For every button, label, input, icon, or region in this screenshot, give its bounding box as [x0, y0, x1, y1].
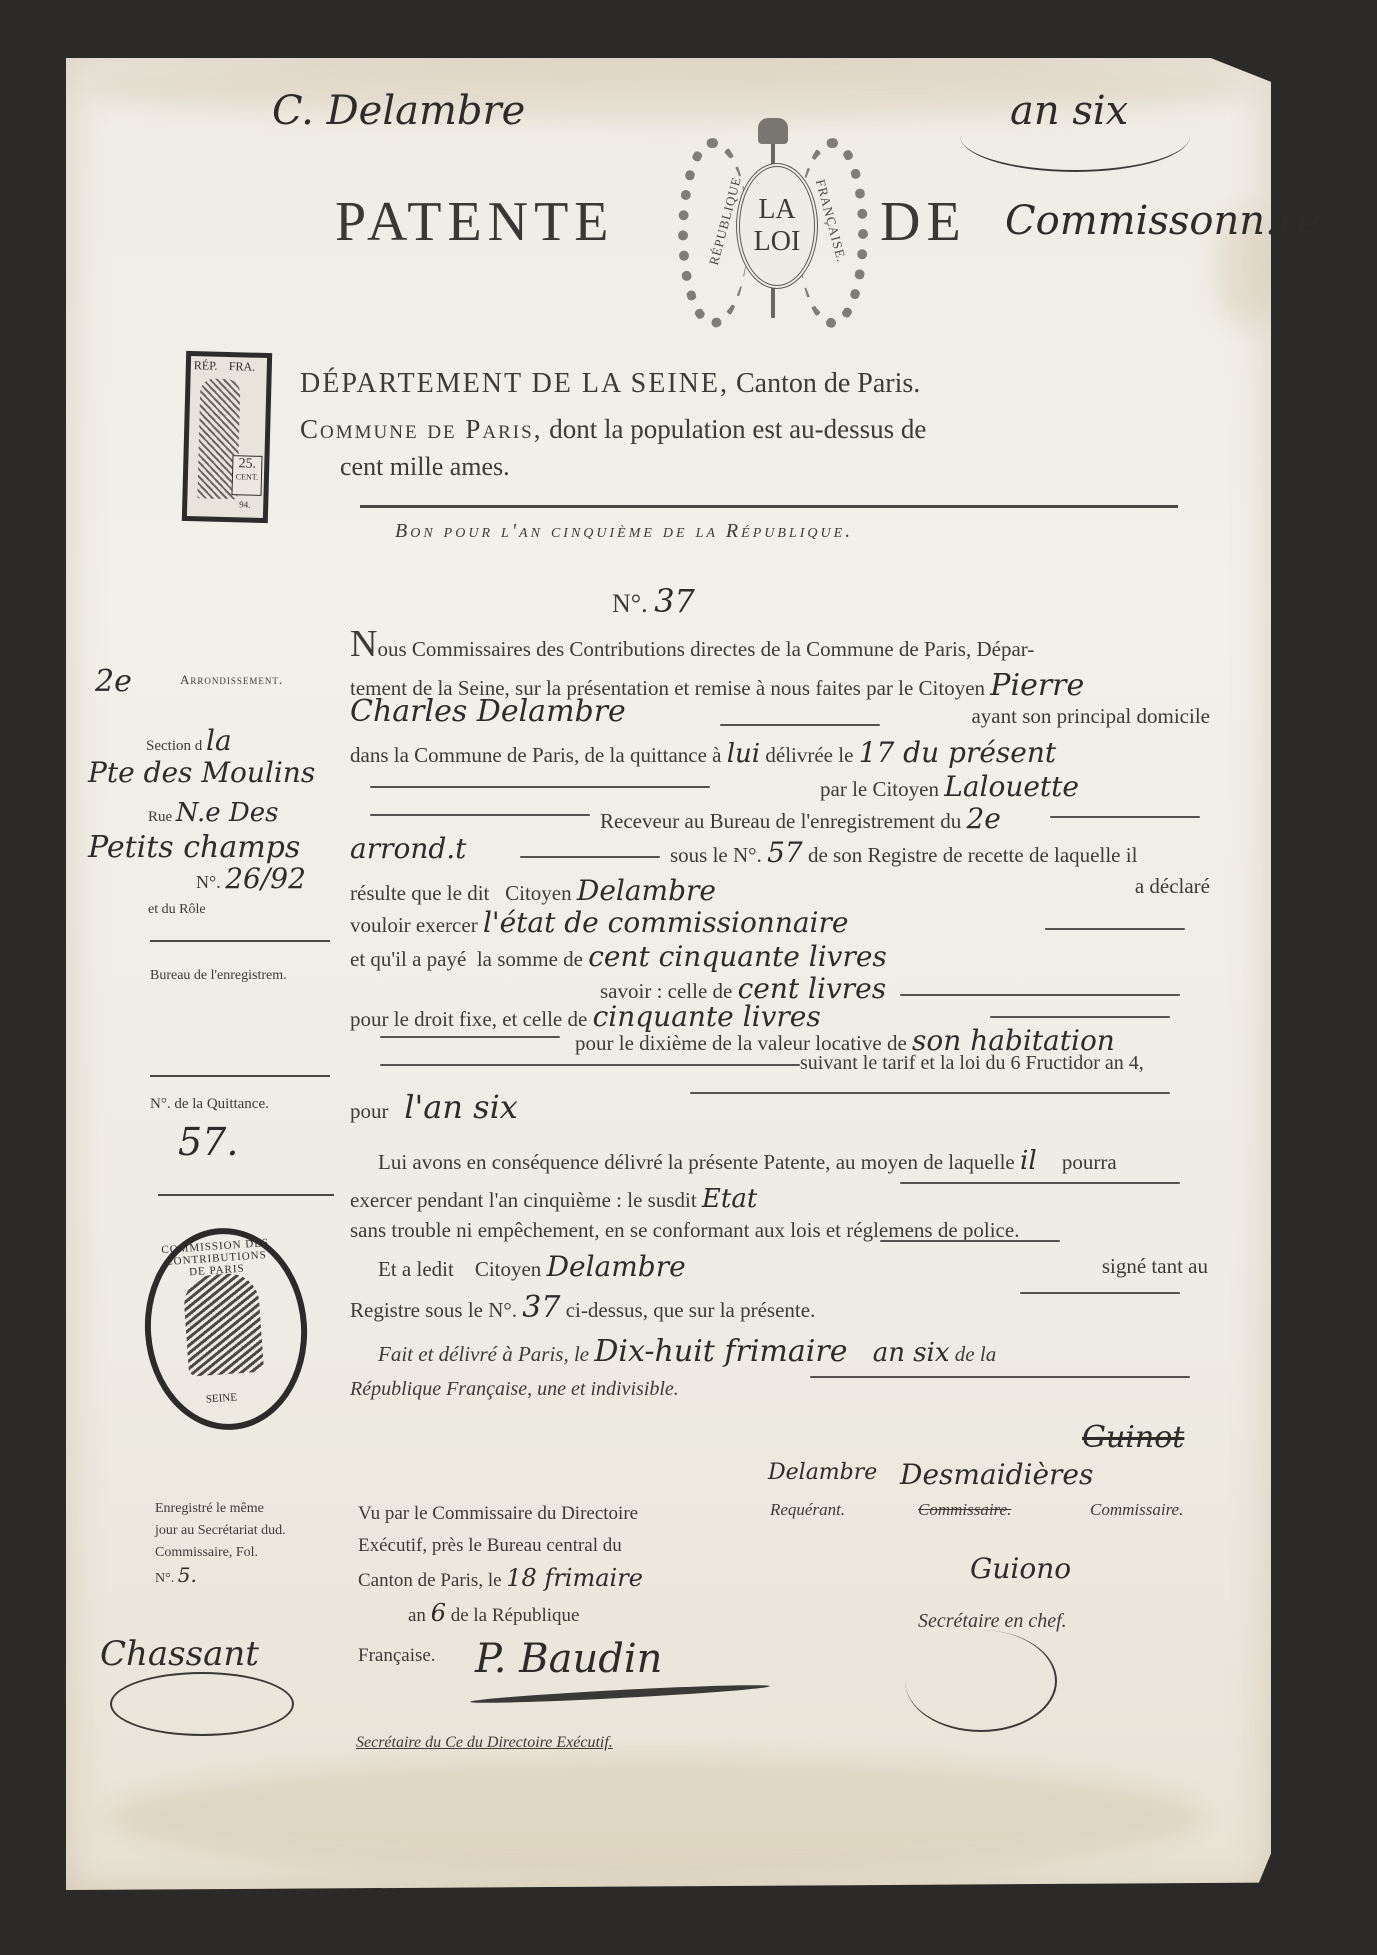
blank-line	[720, 724, 880, 726]
phrygian-cap-icon	[758, 118, 788, 144]
blank-line	[1020, 1292, 1180, 1294]
body-line-7b: sous le N°. 57 de son Registre de recett…	[670, 836, 1137, 869]
issue-date: Dix-huit frimaire	[594, 1334, 847, 1369]
occupation: l'état de commissionnaire	[483, 906, 849, 939]
quittance-value: 57.	[178, 1120, 238, 1164]
commissaire2-signature: Guinot	[1082, 1420, 1184, 1455]
valid-for-line: Bon pour l'an cinquième de la République…	[395, 520, 853, 543]
stamp-value: 25. CENT.	[231, 455, 262, 496]
title-hand-commissionnaire: Commissonn.re	[1005, 198, 1321, 244]
seated-figure-icon	[182, 1272, 264, 1377]
blank-line	[690, 1092, 1170, 1094]
citizen-name: Charles Delambre	[350, 694, 626, 729]
blank-line	[900, 994, 1180, 996]
issued-line-1: Fait et délivré à Paris, le Dix-huit fri…	[378, 1334, 996, 1369]
body-line-14: suivant le tarif et la loi du 6 Fructido…	[800, 1052, 1144, 1075]
commune-name: Commune de Paris,	[300, 414, 542, 444]
commissaire1-label: Commissaire.	[918, 1500, 1011, 1520]
blank-line	[880, 1240, 1060, 1242]
blank-line	[380, 1064, 800, 1066]
blank-line	[810, 1376, 1190, 1378]
p2-line-1: Lui avons en conséquence délivré la prés…	[378, 1146, 1117, 1176]
population-line2: cent mille ames.	[340, 452, 510, 482]
number-label: N°.	[612, 589, 648, 618]
enregistre-block: Enregistré le même jour au Secrétariat d…	[155, 1498, 286, 1590]
blank-line	[1045, 928, 1185, 930]
divider	[360, 505, 1178, 508]
hand-name-top: C. Delambre	[272, 88, 525, 134]
body-line-1: Nous Commissaires des Contributions dire…	[350, 622, 1034, 666]
section-label: Section d la	[146, 724, 232, 757]
canton-name: Canton de Paris.	[736, 368, 920, 399]
body-line-10: et qu'il a payé la somme de cent cinquan…	[350, 940, 887, 973]
section-value-2: Pte des Moulins	[88, 756, 315, 789]
year-flourish	[960, 100, 1190, 172]
emblem-text-loi: LOI	[754, 226, 801, 258]
rue-value-2: Petits champs	[88, 830, 300, 865]
p3-line-1: Et a ledit Citoyen Delambre signé tant a…	[378, 1250, 1208, 1283]
commissaire2-label: Commissaire.	[1090, 1500, 1183, 1520]
commune-line: Commune de Paris, dont la population est…	[300, 414, 926, 445]
title-patente: PATENTE	[335, 190, 615, 254]
tax-stamp: RÉP. FRA. 25. CENT. 94.	[182, 351, 272, 523]
blank-line	[1050, 816, 1200, 818]
amount-total: cent cinquante livres	[588, 940, 887, 973]
seal-bottom-text: SEINE	[205, 1391, 237, 1405]
house-number-value: 26/92	[225, 862, 306, 895]
blank-line	[380, 1036, 560, 1038]
blank-line	[370, 786, 710, 788]
left-signature-flourish	[110, 1672, 294, 1736]
bureau-blank	[150, 1075, 330, 1077]
stamp-fra: FRA.	[229, 359, 256, 375]
body-line-15: pour l'an six	[350, 1088, 518, 1126]
document-number: N°. 37	[612, 582, 695, 620]
requerant-label: Requérant.	[770, 1500, 845, 1520]
left-signature: Chassant	[100, 1634, 259, 1674]
receipt-date: 17 du présent	[859, 736, 1057, 769]
arrondissement-label: Arrondissement.	[180, 672, 283, 688]
commissaire1-signature: Desmaidières	[900, 1458, 1093, 1491]
declarant-name: Delambre	[577, 874, 716, 907]
role-blank	[150, 940, 330, 942]
valid-year: l'an six	[404, 1088, 518, 1126]
stamp-bottom: 94.	[239, 499, 251, 509]
p2-line-2: exercer pendant l'an cinquième : le susd…	[350, 1184, 757, 1214]
vu-signature: P. Baudin	[475, 1636, 662, 1682]
title-de: DE	[880, 190, 967, 254]
population-line1: dont la population est au-dessus de	[549, 414, 926, 444]
arrondissement-number: 2e	[95, 664, 132, 699]
requerant-signature: Delambre	[768, 1460, 877, 1485]
quittance-label: N°. de la Quittance.	[150, 1096, 269, 1113]
house-number: N°. 26/92	[196, 862, 306, 895]
blank-line	[520, 856, 660, 858]
blank-line	[990, 1016, 1170, 1018]
emblem-text-la: LA	[758, 194, 795, 226]
la-loi-emblem: LA LOI RÉPUBLIQUE FRANÇAISE.	[668, 118, 878, 318]
emblem-oval: LA LOI	[736, 163, 818, 289]
quittance-blank	[158, 1194, 334, 1196]
stamp-rep: RÉP.	[194, 358, 218, 374]
body-line-8: résulte que le dit Citoyen Delambre a dé…	[350, 874, 1210, 907]
department-line: DÉPARTEMENT DE LA SEINE, Canton de Paris…	[300, 368, 920, 400]
bureau-label: Bureau de l'enregistrem.	[150, 968, 287, 984]
department-name: DÉPARTEMENT DE LA SEINE,	[300, 368, 729, 399]
body-line-9: vouloir exercer l'état de commissionnair…	[350, 906, 848, 939]
body-line-5: par le Citoyen Lalouette	[820, 770, 1079, 803]
receiver-name: Lalouette	[944, 770, 1079, 803]
p3-line-2: Registre sous le N°. 37 ci-dessus, que s…	[350, 1290, 815, 1325]
role-label: et du Rôle	[148, 902, 206, 918]
body-line-6: Receveur au Bureau de l'enregistrement d…	[600, 802, 1001, 835]
rue-value: N.e Des	[176, 798, 279, 828]
blank-line	[900, 1182, 1180, 1184]
body-line-4: dans la Commune de Paris, de la quittanc…	[350, 736, 1056, 769]
signatory-name: Delambre	[547, 1250, 686, 1283]
blank-line	[370, 814, 590, 816]
secretaire-flourish	[905, 1630, 1057, 1732]
section-value: la	[206, 724, 232, 757]
secretaire-signature: Guiono	[970, 1552, 1071, 1585]
body-line-7: arrond.t	[350, 832, 466, 865]
vu-label: Secrétaire du Ce du Directoire Exécutif.	[356, 1734, 613, 1752]
secretaire-label: Secrétaire en chef.	[918, 1610, 1067, 1633]
dropcap: N	[350, 623, 377, 665]
number-value: 37	[654, 582, 695, 620]
issued-line-2: République Française, une et indivisible…	[350, 1378, 679, 1401]
rue-label: Rue N.e Des	[148, 798, 279, 828]
